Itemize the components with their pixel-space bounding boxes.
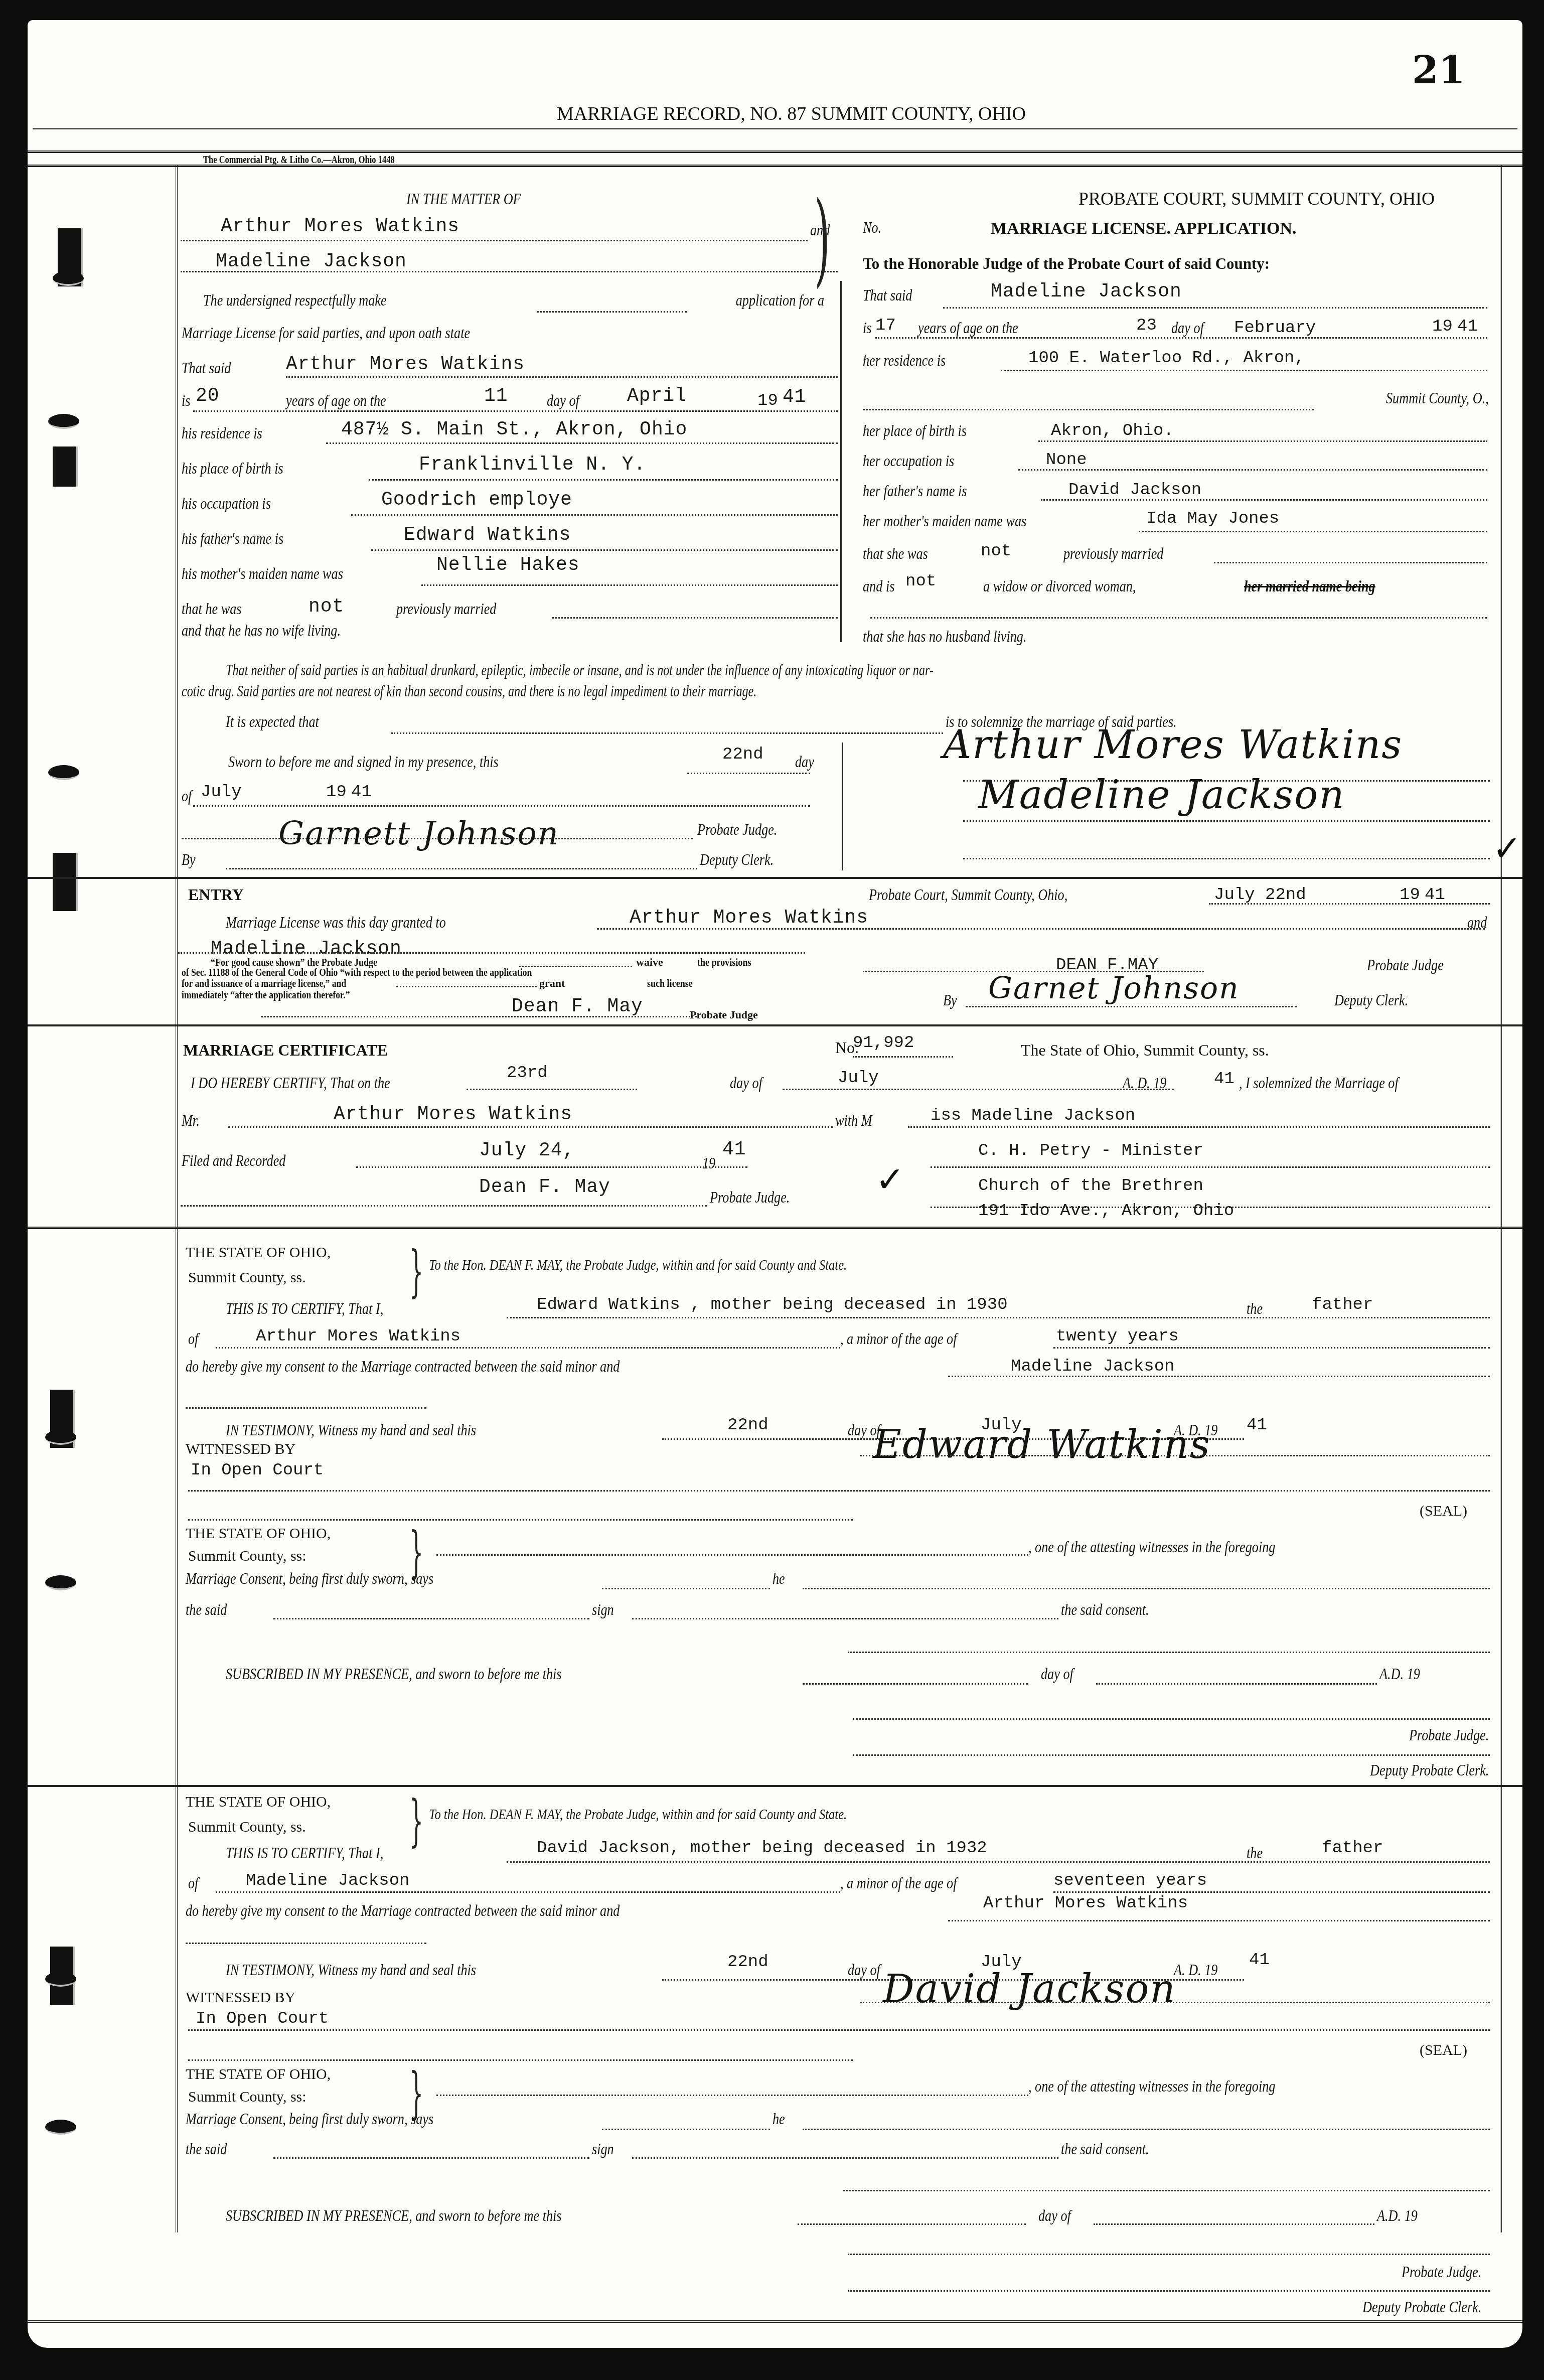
bride-prev-married: not bbox=[981, 542, 1011, 561]
label: Filed and Recorded bbox=[182, 1151, 285, 1170]
bride-birthplace: Akron, Ohio. bbox=[1051, 421, 1174, 440]
brace: ) bbox=[814, 181, 830, 297]
section-divider bbox=[28, 2320, 1522, 2323]
fill-line bbox=[853, 1056, 953, 1058]
honorable-line: To the Honorable Judge of the Probate Co… bbox=[863, 255, 1270, 273]
fill-line bbox=[351, 514, 838, 516]
label: Sworn to before me and signed in my pres… bbox=[228, 753, 499, 771]
label: Summit County, ss. bbox=[188, 1819, 306, 1836]
bride-mother: Ida May Jones bbox=[1146, 509, 1279, 528]
label: Probate Judge bbox=[690, 1008, 758, 1021]
divider bbox=[33, 128, 1517, 129]
checkmark-icon: ✓ bbox=[875, 1159, 905, 1200]
label: day of bbox=[848, 1961, 880, 1979]
good-cause-text: the provisions bbox=[697, 956, 751, 969]
relation-2: father bbox=[1322, 1839, 1383, 1858]
label: To the Hon. DEAN F. MAY, the Probate Jud… bbox=[429, 1257, 847, 1274]
label: 19 bbox=[702, 1154, 715, 1172]
label: , a minor of the age of bbox=[840, 1329, 957, 1348]
fill-line bbox=[632, 2157, 1058, 2159]
fill-line bbox=[1041, 499, 1487, 501]
fill-line bbox=[848, 2254, 1490, 2255]
party1-name: Arthur Mores Watkins bbox=[221, 216, 459, 237]
label: years of age on the bbox=[286, 391, 386, 410]
fill-line bbox=[188, 1490, 1490, 1492]
frame-left bbox=[176, 166, 178, 2233]
fill-line bbox=[391, 732, 943, 734]
fill-line bbox=[963, 820, 1490, 822]
fill-line bbox=[396, 986, 537, 987]
label: is bbox=[863, 319, 872, 337]
label: with M bbox=[835, 1111, 872, 1130]
brace: } bbox=[409, 1239, 423, 1303]
fill-line bbox=[193, 805, 810, 807]
fill-line bbox=[602, 2129, 770, 2130]
label: WITNESSED BY bbox=[186, 1441, 295, 1458]
groom-prev-married: not bbox=[308, 596, 344, 618]
fill-line bbox=[537, 311, 687, 313]
fill-line bbox=[803, 1588, 1490, 1589]
section-divider bbox=[28, 1227, 1522, 1229]
label: of bbox=[188, 1874, 198, 1892]
frame-right bbox=[1500, 166, 1502, 2233]
label: WITNESSED BY bbox=[186, 1989, 295, 2006]
section-divider bbox=[28, 1024, 1522, 1026]
fill-line bbox=[803, 2129, 1490, 2130]
label: day of bbox=[1038, 2206, 1071, 2225]
fill-line bbox=[966, 1006, 1297, 1007]
relation-1: father bbox=[1312, 1295, 1373, 1314]
groom-mother: Nellie Hakes bbox=[436, 554, 580, 576]
fill-line bbox=[436, 1554, 1028, 1556]
label: Probate Judge. bbox=[1409, 1726, 1489, 1744]
fill-line bbox=[186, 1943, 426, 1944]
fill-line bbox=[843, 2190, 1490, 2191]
groom-residence: 487½ S. Main St., Akron, Ohio bbox=[341, 419, 687, 440]
label: his place of birth is bbox=[182, 459, 283, 478]
label: her father's name is bbox=[863, 482, 967, 500]
fill-line bbox=[848, 2290, 1490, 2292]
label: sign bbox=[592, 2140, 614, 2158]
bride-residence: 100 E. Waterloo Rd., Akron, bbox=[1028, 349, 1305, 368]
label: It is expected that bbox=[226, 712, 319, 731]
certificate-day: 23rd bbox=[507, 1064, 548, 1083]
fill-line bbox=[436, 2095, 1028, 2096]
divider bbox=[28, 165, 1522, 167]
label: day of bbox=[1041, 1665, 1073, 1683]
label: Deputy Probate Clerk. bbox=[1362, 2298, 1481, 2316]
binding-hole-round bbox=[45, 2120, 76, 2135]
fill-line bbox=[1209, 903, 1490, 905]
fill-line bbox=[1018, 469, 1487, 471]
label: of bbox=[188, 1329, 198, 1348]
label: do hereby give my consent to the Marriag… bbox=[186, 1357, 620, 1376]
fill-line bbox=[948, 1920, 1490, 1921]
label: Summit County, ss: bbox=[188, 1548, 306, 1565]
good-cause-text: waive bbox=[636, 956, 663, 969]
seal-label: (SEAL) bbox=[1420, 1503, 1467, 1520]
fill-line bbox=[798, 2223, 1026, 2225]
label: THIS IS TO CERTIFY, That I, bbox=[226, 1299, 383, 1318]
binding-hole-square bbox=[53, 447, 78, 487]
label: A.D. 19 bbox=[1377, 2206, 1418, 2225]
fill-line bbox=[519, 966, 632, 967]
testimony-year-2: 41 bbox=[1249, 1951, 1270, 1970]
fill-line bbox=[908, 1126, 1490, 1128]
spouse-2: Arthur Mores Watkins bbox=[983, 1894, 1188, 1913]
fill-line bbox=[552, 617, 838, 619]
church-address: 191 Ido Ave., Akron, Ohio bbox=[978, 1202, 1234, 1221]
label: To the Hon. DEAN F. MAY, the Probate Jud… bbox=[429, 1806, 847, 1823]
groom-occupation: Goodrich employe bbox=[381, 489, 572, 511]
section-divider bbox=[28, 877, 1522, 879]
fill-line bbox=[853, 1754, 1490, 1756]
label: that she was bbox=[863, 544, 928, 563]
label: SUBSCRIBED IN MY PRESENCE, and sworn to … bbox=[226, 1665, 562, 1683]
label: previously married bbox=[396, 600, 496, 618]
court-heading: PROBATE COURT, SUMMIT COUNTY, OHIO bbox=[1078, 188, 1435, 209]
label: Probate Judge. bbox=[1402, 2263, 1481, 2281]
label: A.D. 19 bbox=[1379, 1665, 1420, 1683]
bride-birth-day: 23 bbox=[1136, 316, 1157, 335]
fill-line bbox=[803, 1683, 1028, 1685]
label: Deputy Clerk. bbox=[1334, 991, 1408, 1009]
label: her mother's maiden name was bbox=[863, 512, 1026, 530]
certificate-year: 41 bbox=[1214, 1070, 1234, 1089]
groom-father: Edward Watkins bbox=[404, 524, 571, 546]
fill-line bbox=[1214, 562, 1487, 563]
fill-line bbox=[188, 1519, 853, 1521]
label: Probate Judge bbox=[1367, 956, 1444, 974]
label: Probate Court, Summit County, Ohio, bbox=[869, 885, 1067, 904]
label: and bbox=[1467, 913, 1487, 932]
certificate-judge: Dean F. May bbox=[479, 1176, 610, 1198]
testimony-day-2: 22nd bbox=[727, 1953, 768, 1972]
officiant: C. H. Petry - Minister bbox=[978, 1141, 1203, 1160]
label: the bbox=[1247, 1299, 1263, 1318]
label: 19 bbox=[757, 391, 778, 410]
bride-widow: not bbox=[905, 572, 936, 591]
label: his occupation is bbox=[182, 494, 271, 513]
bride-name: Madeline Jackson bbox=[991, 281, 1182, 303]
label: IN TESTIMONY, Witness my hand and seal t… bbox=[226, 1421, 476, 1439]
declaration-text: That neither of said parties is an habit… bbox=[226, 661, 934, 679]
fill-line bbox=[371, 549, 838, 551]
label: sign bbox=[592, 1600, 614, 1619]
fill-line bbox=[188, 2029, 1490, 2031]
fill-line bbox=[193, 410, 838, 412]
fill-line bbox=[369, 479, 838, 481]
label: THE STATE OF OHIO, bbox=[186, 1794, 331, 1811]
label: Deputy Clerk. bbox=[700, 850, 774, 869]
label: 19 bbox=[1400, 885, 1420, 905]
label: , one of the attesting witnesses in the … bbox=[1028, 1538, 1275, 1556]
binding-hole-square bbox=[53, 853, 78, 911]
sworn-month: July bbox=[201, 783, 242, 802]
label: the said consent. bbox=[1061, 1600, 1149, 1619]
label: her occupation is bbox=[863, 452, 954, 470]
matter-heading: IN THE MATTER OF bbox=[406, 190, 521, 208]
binding-hole-round bbox=[53, 271, 84, 286]
groom-birthplace: Franklinville N. Y. bbox=[419, 454, 646, 476]
minor-2: Madeline Jackson bbox=[246, 1871, 409, 1890]
section-divider bbox=[28, 1785, 1522, 1787]
label: THIS IS TO CERTIFY, That I, bbox=[226, 1844, 383, 1862]
groom-age: 20 bbox=[196, 385, 220, 407]
label: 19 bbox=[326, 783, 347, 802]
brace: } bbox=[409, 1789, 423, 1853]
declaration-text: cotic drug. Said parties are not nearest… bbox=[182, 682, 756, 700]
party2-name: Madeline Jackson bbox=[216, 251, 407, 272]
fill-line bbox=[1096, 1683, 1377, 1685]
fill-line bbox=[870, 617, 1487, 619]
fill-line bbox=[216, 1347, 840, 1349]
label: THE STATE OF OHIO, bbox=[186, 1244, 331, 1261]
label: A. D. 19 bbox=[1123, 1074, 1166, 1092]
bride-birth-month: February bbox=[1234, 319, 1316, 338]
label: The State of Ohio, Summit County, ss. bbox=[1021, 1041, 1269, 1060]
good-cause-text: such license bbox=[647, 977, 693, 990]
fill-line bbox=[632, 1618, 1058, 1619]
label: Summit County, ss: bbox=[188, 2089, 306, 2106]
fill-line bbox=[181, 271, 838, 272]
label: day of bbox=[547, 391, 579, 410]
deputy-signature: Garnett Johnson bbox=[278, 815, 559, 852]
label: THE STATE OF OHIO, bbox=[186, 1525, 331, 1542]
fill-line bbox=[467, 1089, 637, 1090]
fill-line bbox=[948, 1376, 1490, 1377]
entry-granted-to-1: Arthur Mores Watkins bbox=[630, 907, 868, 929]
church: Church of the Brethren bbox=[978, 1176, 1203, 1196]
label: his residence is bbox=[182, 424, 262, 442]
fill-line bbox=[1094, 2223, 1374, 2225]
label: he bbox=[773, 2110, 785, 2128]
fill-line bbox=[507, 1861, 1490, 1863]
fill-line bbox=[186, 1407, 426, 1409]
label: is bbox=[182, 391, 191, 410]
fill-line bbox=[356, 1166, 747, 1168]
checkmark-icon: ✓ bbox=[1492, 828, 1522, 869]
binding-hole-round bbox=[45, 1972, 76, 1987]
label: Probate Judge. bbox=[710, 1188, 790, 1207]
fill-line bbox=[602, 1588, 770, 1589]
label: that she has no husband living. bbox=[863, 627, 1027, 646]
label: his father's name is bbox=[182, 529, 283, 548]
fill-line bbox=[963, 858, 1490, 859]
label: IN TESTIMONY, Witness my hand and seal t… bbox=[226, 1961, 476, 1979]
page-number: 21 bbox=[1412, 48, 1465, 92]
testimony-day-1: 22nd bbox=[727, 1416, 768, 1435]
label: I DO HEREBY CERTIFY, That on the bbox=[191, 1074, 390, 1092]
label: her place of birth is bbox=[863, 421, 967, 440]
label: a widow or divorced woman, bbox=[983, 577, 1136, 596]
column-divider bbox=[840, 281, 842, 642]
label: the said consent. bbox=[1061, 2140, 1149, 2158]
fill-line bbox=[228, 1126, 833, 1128]
witness-2: In Open Court bbox=[196, 2009, 329, 2028]
label: Summit County, O., bbox=[1386, 389, 1489, 407]
good-cause-text: grant bbox=[539, 977, 565, 990]
label: previously married bbox=[1063, 544, 1163, 563]
minor-age-1: twenty years bbox=[1056, 1327, 1179, 1346]
fill-line bbox=[1139, 531, 1487, 532]
binding-hole-round bbox=[45, 1575, 76, 1590]
testimony-year-1: 41 bbox=[1247, 1416, 1267, 1435]
label: and is bbox=[863, 577, 894, 596]
minor-1: Arthur Mores Watkins bbox=[256, 1327, 460, 1346]
binding-hole-round bbox=[48, 414, 79, 429]
certificate-groom: Arthur Mores Watkins bbox=[334, 1104, 572, 1125]
consenter-2: David Jackson, mother being deceased in … bbox=[537, 1839, 987, 1858]
bride-father: David Jackson bbox=[1068, 481, 1201, 500]
label: the said bbox=[186, 1600, 227, 1619]
label: the bbox=[1247, 1844, 1263, 1862]
groom-birth-month: April bbox=[627, 385, 687, 407]
spouse-1: Madeline Jackson bbox=[1011, 1357, 1174, 1376]
groom-birth-day: 11 bbox=[484, 385, 508, 407]
entry-heading: ENTRY bbox=[188, 885, 244, 904]
undersigned-text: application for a bbox=[736, 291, 824, 310]
label: Summit County, ss. bbox=[188, 1269, 306, 1286]
entry-judge-left: Dean F. May bbox=[512, 996, 643, 1017]
label: do hereby give my consent to the Marriag… bbox=[186, 1901, 620, 1920]
fill-line bbox=[273, 2157, 589, 2159]
label: her residence is bbox=[863, 351, 946, 370]
label: By bbox=[182, 850, 196, 869]
column-divider bbox=[842, 742, 843, 870]
fill-line bbox=[943, 307, 1487, 309]
fill-line bbox=[875, 337, 1487, 339]
minor-age-2: seventeen years bbox=[1053, 1871, 1207, 1890]
fill-line bbox=[286, 376, 838, 378]
fill-line bbox=[931, 1166, 1490, 1168]
bride-occupation: None bbox=[1046, 451, 1087, 470]
label: 19 bbox=[1432, 317, 1453, 336]
fill-line bbox=[863, 409, 1314, 410]
sworn-year: 41 bbox=[351, 783, 372, 802]
label: years of age on the bbox=[918, 319, 1018, 337]
groom-that-said-label: That said bbox=[182, 359, 231, 377]
fill-line bbox=[273, 1618, 589, 1619]
fill-line bbox=[261, 1016, 697, 1017]
entry-deputy-signature: Garnet Johnson bbox=[988, 971, 1240, 1006]
label: Marriage Consent, being first duly sworn… bbox=[186, 2110, 433, 2128]
fill-line bbox=[853, 1718, 1490, 1720]
certificate-bride: iss Madeline Jackson bbox=[931, 1106, 1135, 1125]
label: By bbox=[943, 991, 957, 1009]
label: SUBSCRIBED IN MY PRESENCE, and sworn to … bbox=[226, 2206, 562, 2225]
label: Probate Judge. bbox=[697, 820, 777, 839]
fill-line bbox=[1053, 1891, 1490, 1893]
entry-date: July 22nd bbox=[1214, 885, 1306, 905]
struck-text: her married name being bbox=[1244, 577, 1375, 596]
filed-year: 41 bbox=[722, 1139, 746, 1160]
filed-date: July 24, bbox=[479, 1140, 574, 1161]
fill-line bbox=[507, 1317, 1490, 1318]
label: day of bbox=[1171, 319, 1204, 337]
fill-line bbox=[860, 2002, 1490, 2003]
fill-line bbox=[687, 773, 810, 774]
label: Mr. bbox=[182, 1111, 200, 1130]
no-label: No. bbox=[863, 218, 881, 237]
consenter-1: Edward Watkins , mother being deceased i… bbox=[537, 1295, 1008, 1314]
label: that he was bbox=[182, 600, 242, 618]
label: , a minor of the age of bbox=[840, 1874, 957, 1892]
groom-year: 41 bbox=[783, 386, 807, 408]
binding-hole-round bbox=[45, 1430, 76, 1445]
fill-line bbox=[181, 240, 808, 241]
label: his mother's maiden name was bbox=[182, 564, 343, 583]
label: day of bbox=[730, 1074, 762, 1092]
fill-line bbox=[1001, 370, 1487, 371]
label: the said bbox=[186, 2140, 227, 2158]
license-heading: MARRIAGE LICENSE. APPLICATION. bbox=[991, 219, 1297, 238]
bride-signature: Madeline Jackson bbox=[978, 773, 1345, 818]
label: Marriage License was this day granted to bbox=[226, 913, 446, 932]
fill-line bbox=[188, 2059, 853, 2061]
consent-signature-2: David Jackson bbox=[883, 1967, 1176, 2012]
certificate-number: 91,992 bbox=[853, 1033, 914, 1053]
label: That said bbox=[863, 286, 912, 305]
witness-1: In Open Court bbox=[191, 1461, 324, 1480]
binding-hole-round bbox=[48, 765, 79, 780]
label: , I solemnized the Marriage of bbox=[1239, 1074, 1399, 1092]
seal-label: (SEAL) bbox=[1420, 2042, 1467, 2059]
fill-line bbox=[226, 868, 697, 869]
fill-line bbox=[848, 1652, 1490, 1653]
label: of bbox=[182, 787, 192, 805]
label: , one of the attesting witnesses in the … bbox=[1028, 2077, 1275, 2096]
label: THE STATE OF OHIO, bbox=[186, 2066, 331, 2083]
fill-line bbox=[216, 1891, 840, 1893]
label: Marriage Consent, being first duly sworn… bbox=[186, 1569, 433, 1588]
good-cause-text: immediately “after the application there… bbox=[182, 988, 350, 1001]
label: day bbox=[795, 753, 814, 771]
bride-year: 41 bbox=[1457, 317, 1478, 336]
undersigned-text: The undersigned respectfully make bbox=[203, 291, 387, 310]
fill-line bbox=[181, 1205, 707, 1207]
fill-line bbox=[783, 1089, 1174, 1090]
fill-line bbox=[178, 952, 805, 954]
undersigned-text: Marriage License for said parties, and u… bbox=[182, 324, 470, 342]
label: A. D. 19 bbox=[1174, 1961, 1217, 1979]
fill-line bbox=[597, 928, 1485, 930]
groom-name: Arthur Mores Watkins bbox=[286, 354, 525, 375]
bride-age: 17 bbox=[875, 316, 896, 335]
fill-line bbox=[1053, 1347, 1490, 1349]
consent-signature-1: Edward Watkins bbox=[873, 1422, 1211, 1467]
groom-signature: Arthur Mores Watkins bbox=[943, 722, 1403, 768]
certificate-month: July bbox=[838, 1069, 879, 1088]
label: and that he has no wife living. bbox=[182, 621, 341, 640]
fill-line bbox=[860, 1455, 1490, 1456]
fill-line bbox=[326, 442, 838, 444]
record-title: MARRIAGE RECORD, NO. 87 SUMMIT COUNTY, O… bbox=[557, 103, 1026, 125]
sworn-day: 22nd bbox=[722, 745, 763, 764]
entry-year: 41 bbox=[1425, 885, 1445, 905]
label: Deputy Probate Clerk. bbox=[1370, 1761, 1489, 1779]
certificate-heading: MARRIAGE CERTIFICATE bbox=[183, 1041, 388, 1060]
fill-line bbox=[421, 584, 838, 586]
label: he bbox=[773, 1569, 785, 1588]
fill-line bbox=[1038, 440, 1487, 442]
